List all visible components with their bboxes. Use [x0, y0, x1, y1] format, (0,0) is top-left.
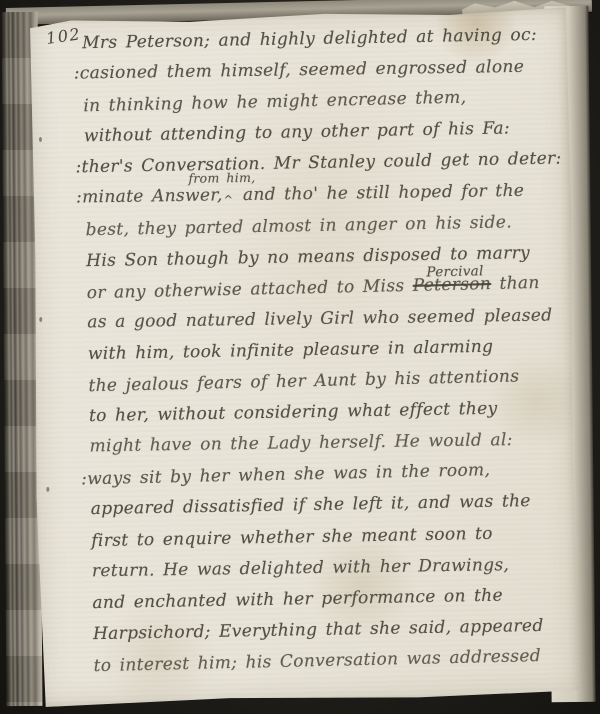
ink-speck [39, 137, 42, 142]
interlinear-insertion: from him, [188, 170, 255, 186]
line-text: Mrs Peterson; and highly delighted at ha… [82, 25, 537, 53]
ink-speck [39, 317, 42, 322]
correction-site: PercivalPeterson [413, 274, 492, 296]
page-number: 102 [45, 24, 82, 48]
caret-mark: ^ [224, 194, 234, 207]
manuscript-page: 102 Mrs Peterson; and highly delighted a… [28, 7, 581, 707]
manuscript-line: return. He was delighted with her Drawin… [92, 554, 570, 592]
superscript-correction: Percival [426, 263, 484, 280]
ink-speck [46, 487, 49, 492]
line-text: :minate Answer, [76, 186, 223, 208]
line-text: and tho' he still hoped for the [243, 181, 525, 205]
line-text: than [499, 273, 540, 294]
insertion-point: from him,^ [223, 191, 235, 201]
photograph-background: 102 Mrs Peterson; and highly delighted a… [0, 0, 600, 714]
manuscript-text: Mrs Peterson; and highly delighted at ha… [82, 24, 572, 686]
